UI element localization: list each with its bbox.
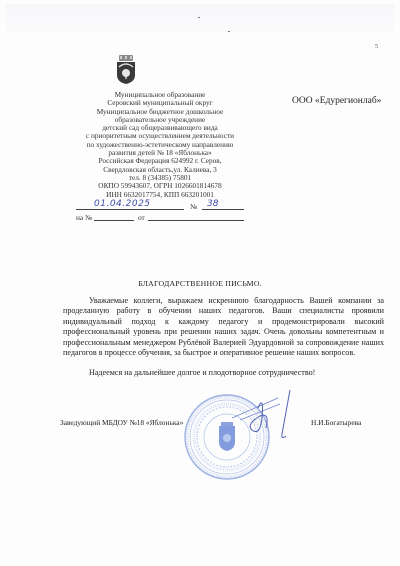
signatory-name: Н.И.Богатырева (311, 418, 361, 427)
coat-of-arms-icon (114, 55, 138, 85)
scan-speck (198, 17, 200, 18)
reference-underline (94, 220, 134, 221)
scan-speck (228, 31, 230, 32)
registration-date: 01.04.2025 (94, 199, 151, 209)
handwritten-signature-icon (230, 388, 300, 448)
body-paragraph: Уважаемые коллеги, выражаем искреннюю бл… (63, 296, 384, 358)
reference-date-underline (148, 220, 244, 221)
number-label: № (190, 202, 197, 211)
letter-title: БЛАГОДАРСТВЕННОЕ ПИСЬМО. (0, 279, 400, 288)
date-underline (76, 209, 184, 210)
letter-page: 5 Муниципальное образование Серовский му… (0, 0, 400, 566)
letter-body: Уважаемые коллеги, выражаем искреннюю бл… (63, 296, 384, 379)
sender-header: Муниципальное образование Серовский муни… (62, 91, 258, 199)
recipient-name: ООО «Едурегионлаб» (292, 96, 381, 106)
signatory-position: Заведующий МБДОУ №18 «Яблонька» (60, 418, 183, 427)
header-line: ИНН 6632017754, КПП 663201001 (62, 191, 258, 199)
corner-mark: 5 (375, 44, 378, 50)
scan-artifact (6, 4, 394, 34)
reference-label: на № (76, 213, 92, 222)
registration-number: 38 (207, 199, 218, 209)
closing-line: Надеемся на дальнейшее долгое и плодотво… (63, 368, 384, 378)
number-underline (202, 209, 244, 210)
reference-from-label: от (138, 213, 145, 222)
